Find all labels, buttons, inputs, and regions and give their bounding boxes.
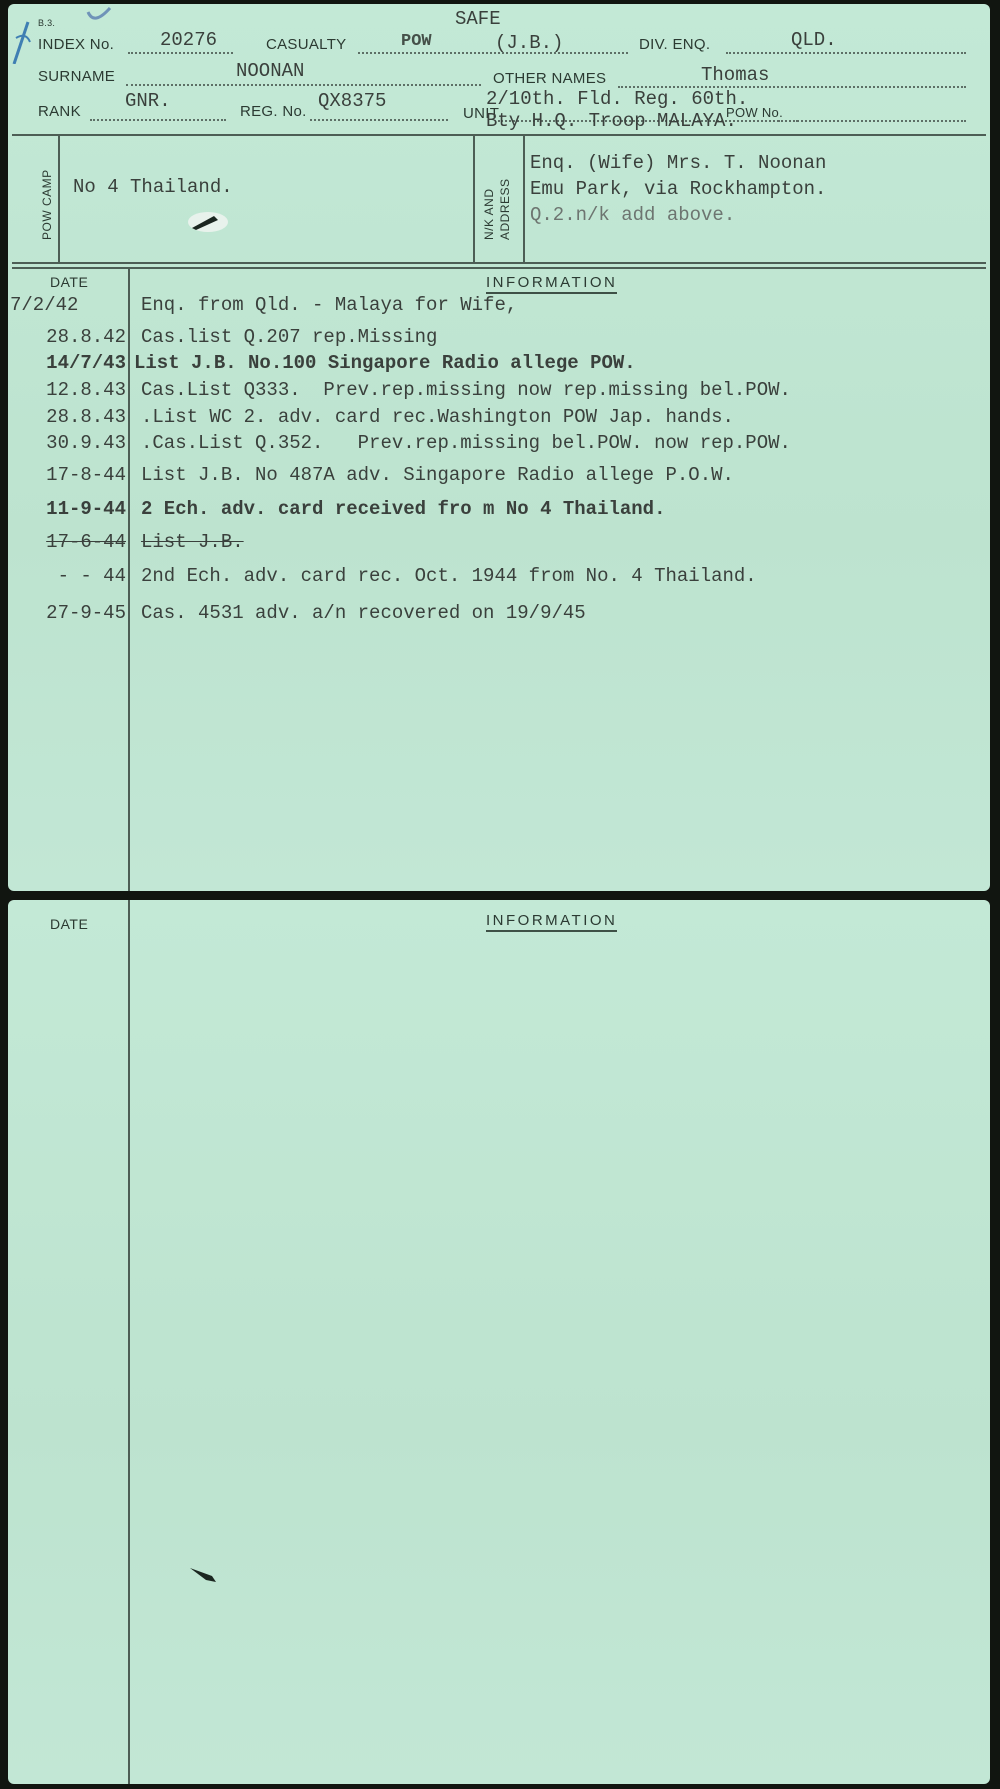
unit-line1: 2/10th. Fld. Reg. 60th. — [486, 88, 748, 110]
index-card-front: B.3. INDEX No. 20276 CASUALTY POW SAFE (… — [8, 4, 990, 891]
casualty-above-value: SAFE — [455, 8, 501, 30]
entry-text: List J.B. No.100 Singapore Radio allege … — [134, 352, 636, 374]
casualty-dots — [358, 52, 628, 54]
other-names-value: Thomas — [701, 64, 769, 86]
date-header: DATE — [50, 274, 88, 290]
pow-camp-divider — [58, 134, 60, 262]
information-header: INFORMATION — [486, 274, 617, 294]
form-code: B.3. — [38, 18, 55, 28]
surname-label: SURNAME — [38, 68, 115, 85]
surname-value: NOONAN — [236, 60, 304, 82]
entry-date: - - 44 — [8, 565, 126, 587]
entry-text: .Cas.List Q.352. Prev.rep.missing bel.PO… — [141, 432, 791, 454]
casualty-struck-value: POW — [401, 32, 432, 51]
unit-line2: Bty H.Q. Troop MALAYA. — [486, 110, 737, 132]
surname-dots — [126, 84, 481, 86]
index-no-dots — [128, 52, 233, 54]
index-card-reverse: DATE INFORMATION — [8, 900, 990, 1784]
entry-text: Enq. from Qld. - Malaya for Wife, — [141, 294, 517, 316]
nk-line-2: Emu Park, via Rockhampton. — [530, 178, 826, 200]
pow-no-label: POW No. — [726, 105, 783, 120]
reg-no-value: QX8375 — [318, 90, 386, 112]
nk-line-1: Enq. (Wife) Mrs. T. Noonan — [530, 152, 826, 174]
pow-no-dots — [778, 120, 966, 122]
entry-text: List J.B. — [141, 531, 244, 553]
ink-blot-icon — [186, 1562, 226, 1586]
entry-date: 11-9-44 — [8, 498, 126, 520]
pencil-mark-icon — [8, 4, 128, 64]
rank-dots — [90, 119, 226, 121]
nk-line-3: Q.2.n/k add above. — [530, 204, 735, 226]
pow-camp-label: POW CAMP — [40, 169, 54, 240]
other-names-label: OTHER NAMES — [493, 70, 606, 87]
ink-blot-icon — [186, 210, 230, 234]
entry-date: 17-8-44 — [8, 464, 126, 486]
entry-date: 14/7/43 — [8, 352, 126, 374]
double-line-bottom — [12, 267, 986, 269]
casualty-label: CASUALTY — [266, 36, 346, 53]
entry-date: 7/2/42 — [10, 294, 128, 316]
rank-label: RANK — [38, 103, 81, 120]
pow-camp-value: No 4 Thailand. — [73, 176, 233, 198]
casualty-bracket-value: (J.B.) — [495, 32, 563, 54]
div-enq-dots — [726, 52, 966, 54]
div-enq-value: QLD. — [791, 29, 837, 51]
entry-text: List J.B. No 487A adv. Singapore Radio a… — [141, 464, 734, 486]
entry-text: Cas.list Q.207 rep.Missing — [141, 326, 437, 348]
entry-text: 2nd Ech. adv. card rec. Oct. 1944 from N… — [141, 565, 757, 587]
entry-date: 27-9-45 — [8, 602, 126, 624]
nk-label-line1: N/K AND — [482, 188, 496, 240]
nk-divider-left — [473, 134, 475, 262]
entry-text: Cas.List Q333. Prev.rep.missing now rep.… — [141, 379, 791, 401]
date-column-divider — [128, 900, 130, 1784]
section-divider — [12, 134, 986, 136]
reg-no-label: REG. No. — [240, 103, 307, 120]
index-no-value: 20276 — [160, 29, 217, 51]
nk-label-line2: ADDRESS — [498, 178, 512, 240]
nk-divider-right — [523, 134, 525, 262]
entry-text: 2 Ech. adv. card received fro m No 4 Tha… — [141, 498, 666, 520]
rank-value: GNR. — [125, 90, 171, 112]
entry-date: 28.8.43 — [8, 406, 126, 428]
date-column-divider — [128, 269, 130, 891]
entry-date: 30.9.43 — [8, 432, 126, 454]
entry-date: 12.8.43 — [8, 379, 126, 401]
entry-text: Cas. 4531 adv. a/n recovered on 19/9/45 — [141, 602, 586, 624]
index-no-label: INDEX No. — [38, 36, 114, 53]
entry-text: .List WC 2. adv. card rec.Washington POW… — [141, 406, 734, 428]
entry-date: 28.8.42 — [8, 326, 126, 348]
information-header: INFORMATION — [486, 912, 617, 932]
double-line-top — [12, 262, 986, 264]
entry-date: 17-6-44 — [8, 531, 126, 553]
reg-no-dots — [310, 119, 448, 121]
date-header: DATE — [50, 916, 88, 932]
div-enq-label: DIV. ENQ. — [639, 36, 710, 53]
